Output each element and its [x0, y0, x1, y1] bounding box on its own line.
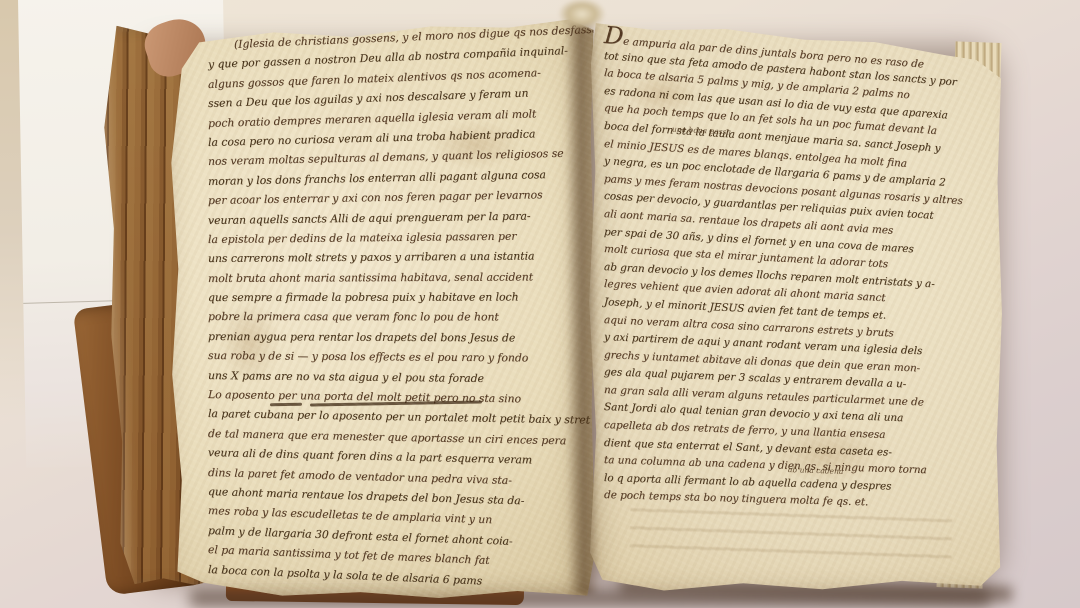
left-page: (Iglesia de christians gossens, y el mor… — [160, 10, 596, 598]
handwritten-line: pobre la primera casa que veram fonc lo … — [208, 307, 580, 327]
handwritten-line: sua roba y de si — y posa los effects es… — [208, 346, 580, 368]
binding-gutter-crease — [564, 8, 599, 594]
handwritten-line: prenian aygua pera rentar los drapets de… — [208, 327, 580, 348]
handwritten-line: uns carrerons molt strets y paxos y arri… — [208, 246, 580, 268]
handwritten-line: que sempre a firmade la pobresa puix y h… — [208, 287, 580, 307]
photo-of-open-manuscript: (Iglesia de christians gossens, y el mor… — [0, 0, 1080, 608]
open-manuscript-book: (Iglesia de christians gossens, y el mor… — [0, 0, 1080, 608]
handwritten-line: molt bruta ahont maria santissima habita… — [208, 267, 580, 288]
interlinear-note: ab una cadena — [788, 465, 844, 476]
right-page-text: De ampuria ala par de dins juntals bora … — [604, 30, 990, 505]
right-page: 39 De ampuria ala par de dins juntals bo… — [576, 4, 1016, 600]
binding-thread-tuft — [558, 0, 606, 30]
left-page-text: (Iglesia de christians gossens, y el mor… — [208, 36, 580, 579]
ink-bleedthrough — [630, 499, 953, 563]
